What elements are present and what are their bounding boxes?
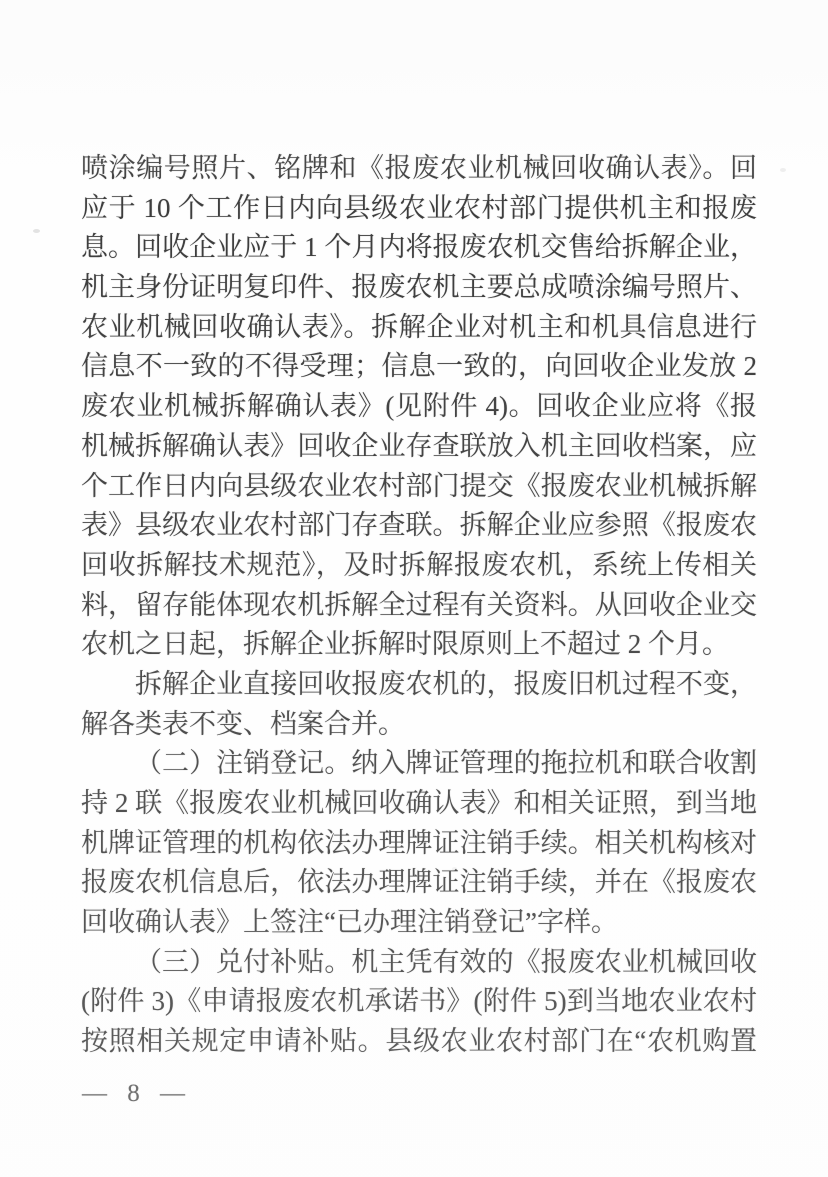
text-line: 解各类表不变、档案合并。 — [81, 705, 757, 745]
text-line: 信息不一致的不得受理；信息一致的，向回收企业发放 2 联《报 — [81, 347, 757, 387]
scan-speck — [780, 168, 786, 172]
text-line: 息。回收企业应于 1 个月内将报废农机交售给拆解企业，并提供 — [81, 228, 757, 268]
text-line: 报废农机信息后，依法办理牌证注销手续，并在《报废农业机械 — [81, 863, 757, 903]
text-line: 废农业机械拆解确认表》(见附件 4)。回收企业应将《报废农业 — [81, 387, 757, 427]
text-line: 机牌证管理的机构依法办理牌证注销手续。相关机构核对机主和 — [81, 824, 757, 864]
text-line: (附件 3)《申请报废农机承诺书》(附件 5)到当地农业农村部门 — [81, 982, 757, 1022]
text-line: 回收拆解技术规范》，及时拆解报废农机，系统上传相关影像资 — [81, 546, 757, 586]
scan-speck — [33, 229, 40, 233]
document-page: 喷涂编号照片、铭牌和《报废农业机械回收确认表》。回收企业 应于 10 个工作日内… — [0, 0, 828, 1177]
text-line: 个工作日内向县级农业农村部门提交《报废农业机械拆解确认 — [81, 467, 757, 507]
text-line: （三）兑付补贴。机主凭有效的《报废农业机械回收确认表》 — [81, 943, 757, 983]
text-line: 表》县级农业农村部门存查联。拆解企业应参照《报废农业机械 — [81, 506, 757, 546]
text-line: 农机之日起，拆解企业拆解时限原则上不超过 2 个月。 — [81, 625, 757, 665]
text-line: 料，留存能体现农机拆解全过程有关资料。从回收企业交售报废 — [81, 586, 757, 626]
text-line: （二）注销登记。纳入牌证管理的拖拉机和联合收割机机主 — [81, 744, 757, 784]
text-line: 按照相关规定申请补贴。县级农业农村部门在“农机购置与应用 — [81, 1022, 757, 1062]
text-line: 机械拆解确认表》回收企业存查联放入机主回收档案，应于 10 — [81, 427, 757, 467]
text-line: 拆解企业直接回收报废农机的，报废旧机过程不变，回收拆 — [81, 665, 757, 705]
text-line: 喷涂编号照片、铭牌和《报废农业机械回收确认表》。回收企业 — [81, 149, 757, 189]
text-line: 机主身份证明复印件、报废农机主要总成喷涂编号照片、《报废 — [81, 268, 757, 308]
text-line: 农业机械回收确认表》。拆解企业对机主和机具信息进行核对， — [81, 308, 757, 348]
document-body: 喷涂编号照片、铭牌和《报废农业机械回收确认表》。回收企业 应于 10 个工作日内… — [81, 149, 757, 1062]
text-line: 持 2 联《报废农业机械回收确认表》和相关证照，到当地负责农 — [81, 784, 757, 824]
text-line: 回收确认表》上签注“已办理注销登记”字样。 — [81, 903, 757, 943]
text-line: 应于 10 个工作日内向县级农业农村部门提供机主和报废农机信 — [81, 189, 757, 229]
page-number: — 8 — — [82, 1079, 192, 1109]
